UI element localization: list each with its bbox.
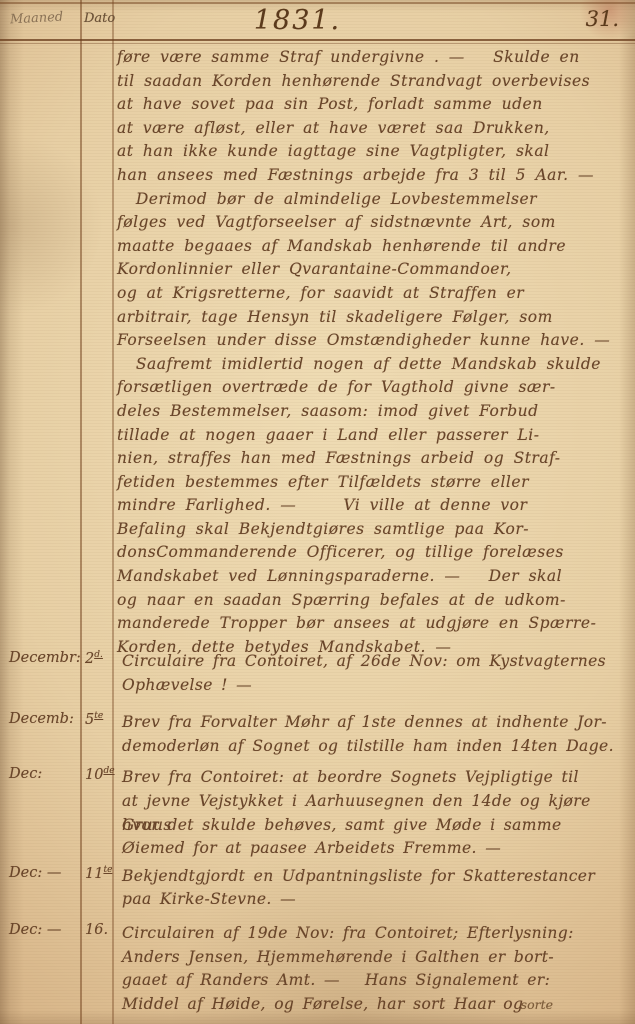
manuscript-line: Derimod bør de almindelige Lovbestemmels…: [117, 188, 629, 212]
manuscript-line: Bekjendtgjordt en Udpantningsliste for S…: [122, 865, 627, 889]
journal-entry-row: Decembr:2d.Circulaire fra Contoiret, af …: [0, 650, 627, 697]
manuscript-line: Kordonlinnier eller Qvarantaine-Commando…: [117, 258, 629, 282]
manuscript-line: Befaling skal Bekjendtgiøres samtlige pa…: [117, 518, 629, 542]
entry-text: Circulaire fra Contoiret, af 26de Nov: o…: [117, 650, 627, 697]
manuscript-line: demoderløn af Sognet og tilstille ham in…: [122, 735, 627, 759]
entry-day: 5te: [80, 711, 117, 758]
manuscript-line: Ophævelse ! —: [122, 674, 627, 698]
entry-day-ordinal-suffix: te: [94, 711, 103, 721]
manuscript-line: han ansees med Fæstnings arbejde fra 3 t…: [117, 164, 629, 188]
entry-day: 2d.: [80, 650, 117, 697]
manuscript-line: Øiemed for at paasee Arbeidets Fremme. —: [122, 837, 627, 861]
manuscript-line: Forseelsen under disse Omstændigheder ku…: [117, 329, 629, 353]
manuscript-line: følges ved Vagtforseelser af sidstnævnte…: [117, 211, 629, 235]
entry-day-ordinal-suffix: de: [103, 766, 114, 776]
manuscript-line: nien, straffes han med Fæstnings arbeid …: [117, 447, 629, 471]
manuscript-line: at være afløst, eller at have været saa …: [117, 117, 629, 141]
manuscript-line: at han ikke kunde iagttage sine Vagtplig…: [117, 140, 629, 164]
manuscript-line: maatte begaaes af Mandskab henhørende ti…: [117, 235, 629, 259]
catchword: sorte: [521, 997, 553, 1012]
manuscript-line: Brev fra Forvalter Møhr af 1ste dennes a…: [122, 711, 627, 735]
entry-day-number: 2: [85, 651, 94, 667]
journal-entries: Decembr:2d.Circulaire fra Contoiret, af …: [0, 650, 627, 1016]
entry-month: Dec: —: [0, 865, 80, 912]
manuscript-line: deles Bestemmelser, saasom: imod givet F…: [117, 400, 629, 424]
entry-month: Dec: —: [0, 922, 80, 1016]
manuscript-line: Saafremt imidlertid nogen af dette Mands…: [117, 353, 629, 377]
manuscript-line: og at Krigsretterne, for saavidt at Stra…: [117, 282, 629, 306]
manuscript-line: paa Kirke-Stevne. —: [122, 888, 627, 912]
manuscript-line: at jevne Vejstykket i Aarhuusegnen den 1…: [122, 790, 627, 814]
manuscript-line: tillade at nogen gaaer i Land eller pass…: [117, 424, 629, 448]
ledger-page: Maaned Dato 1831. 31. føre være samme St…: [0, 0, 635, 1024]
entry-day: 10de: [80, 766, 117, 860]
manuscript-line: Mandskabet ved Lønningsparaderne. — Der …: [117, 565, 629, 589]
manuscript-line: gaaet af Randers Amt. — Hans Signalement…: [122, 969, 627, 993]
entry-day-number: 5: [85, 712, 94, 728]
manuscript-line: at have sovet paa sin Post, forladt samm…: [117, 93, 629, 117]
entry-day-ordinal-suffix: d.: [94, 650, 103, 660]
manuscript-line: fetiden bestemmes efter Tilfældets størr…: [117, 471, 629, 495]
entry-text: Brev fra Contoiret: at beordre Sognets V…: [117, 766, 627, 860]
entry-day-number: 11: [85, 866, 103, 882]
manuscript-line: Circulaire fra Contoiret, af 26de Nov: o…: [122, 650, 627, 674]
entry-day-number: 10: [85, 767, 103, 783]
journal-entry-row: Dec: —11teBekjendtgjordt en Udpantningsl…: [0, 865, 627, 912]
manuscript-line: Circulairen af 19de Nov: fra Contoiret; …: [122, 922, 627, 946]
entry-day-ordinal-suffix: te: [103, 865, 112, 875]
entry-day-number: 16.: [85, 922, 108, 938]
manuscript-line: mindre Farlighed. — Vi ville at denne vo…: [117, 494, 629, 518]
manuscript-line: Brev fra Contoiret: at beordre Sognets V…: [122, 766, 627, 790]
manuscript-line: hvor det skulde behøves, samt give Møde …: [122, 814, 627, 838]
continuation-paragraph: føre være samme Straf undergivne . — Sku…: [117, 46, 629, 659]
year-heading: 1831.: [0, 5, 595, 36]
journal-entry-row: Dec:10deBrev fra Contoiret: at beordre S…: [0, 766, 627, 860]
manuscript-line: forsætligen overtræde de for Vagthold gi…: [117, 376, 629, 400]
journal-entry-row: Decemb:5teBrev fra Forvalter Møhr af 1st…: [0, 711, 627, 758]
entry-month: Decemb:: [0, 711, 80, 758]
manuscript-line: manderede Tropper bør ansees at udgjøre …: [117, 612, 629, 636]
header-rule-shadow: [0, 43, 635, 44]
entry-text: Brev fra Forvalter Møhr af 1ste dennes a…: [117, 711, 627, 758]
page-number: 31.: [586, 7, 619, 31]
manuscript-line: arbitrair, tage Hensyn til skadeligere F…: [117, 306, 629, 330]
manuscript-line: føre være samme Straf undergivne . — Sku…: [117, 46, 629, 70]
entry-day: 11te: [80, 865, 117, 912]
top-edge-rule: [0, 2, 635, 4]
header-rule: [0, 39, 635, 41]
manuscript-line: donsCommanderende Officerer, og tillige …: [117, 541, 629, 565]
entry-text: Bekjendtgjordt en Udpantningsliste for S…: [117, 865, 627, 912]
manuscript-line: og naar en saadan Spærring befales at de…: [117, 589, 629, 613]
manuscript-line: til saadan Korden henhørende Strandvagt …: [117, 70, 629, 94]
entry-month: Dec:: [0, 766, 80, 860]
entry-month: Decembr:: [0, 650, 80, 697]
manuscript-line: Anders Jensen, Hjemmehørende i Galthen e…: [122, 946, 627, 970]
entry-day: 16.: [80, 922, 117, 1016]
